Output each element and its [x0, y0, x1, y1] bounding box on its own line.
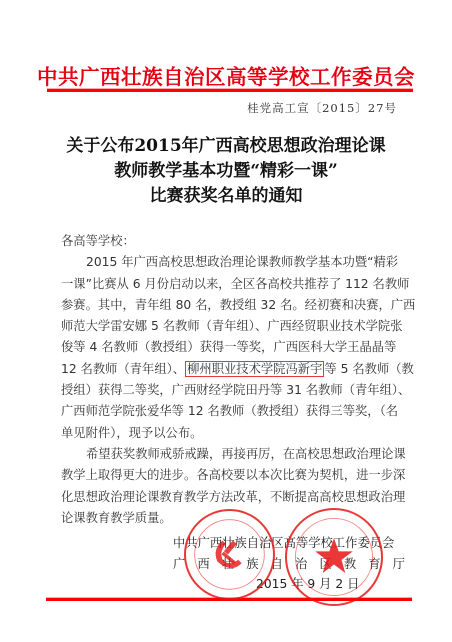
sig-char: 教	[344, 554, 356, 575]
header-red-rule	[47, 89, 413, 92]
body-line-with-highlight: 12 名教师（青年组）、柳州职业技术学院冯新宇等 5 名教师（教	[61, 359, 397, 380]
body-line: 师范大学雷安娜 5 名教师（青年组）、广西经贸职业技术学院张	[61, 316, 397, 337]
body-line: 论课教育教学质量。	[61, 508, 397, 529]
salutation: 各高等学校：	[61, 231, 397, 252]
document-body: 各高等学校： 2015 年广西高校思想政治理论课教师教学基本功暨“精彩 一课”比…	[61, 231, 397, 529]
signature-block: 中共广西壮族自治区高等学校工作委员会 广 西 壮 族 自 治 区 教 育 厅 2…	[168, 533, 408, 595]
title-line: 教师教学基本功暨“精彩一课”	[0, 159, 452, 184]
body-line: 广西师范学院张爱华等 12 名教师（教授组）获得三等奖，（名	[61, 401, 397, 422]
title-line: 关于公布2015年广西高校思想政治理论课	[0, 134, 452, 159]
signature-date: 2015 年 9 月 2 日	[168, 574, 408, 595]
highlighted-winner: 柳州职业技术学院冯新宇	[185, 361, 324, 377]
sig-char: 治	[295, 554, 307, 575]
signature-org-party: 中共广西壮族自治区高等学校工作委员会	[168, 533, 408, 554]
title-line: 比赛获奖名单的通知	[0, 184, 452, 209]
sig-char: 自	[271, 554, 283, 575]
body-text: 12 名教师（青年组）、	[61, 362, 185, 376]
sig-char: 育	[368, 554, 380, 575]
sig-char: 壮	[222, 554, 234, 575]
sig-char: 西	[197, 554, 209, 575]
sig-char: 厅	[393, 554, 405, 575]
issuer-masthead: 中共广西壮族自治区高等学校工作委员会	[0, 60, 452, 90]
document-number: 桂党高工宣〔2015〕27号	[247, 100, 397, 116]
body-line: 一课”比赛从 6 月份启动以来，全区各高校共推荐了 112 名教师	[61, 274, 397, 295]
sig-char: 广	[173, 554, 185, 575]
footer-red-rule	[46, 598, 412, 601]
document-title: 关于公布2015年广西高校思想政治理论课 教师教学基本功暨“精彩一课” 比赛获奖…	[0, 134, 452, 209]
body-line: 化思想政治理论课教育教学方法改革，不断提高高校思想政治理	[61, 487, 397, 508]
body-line: 参赛。其中，青年组 80 名，教授组 32 名。经初赛和决赛，广西	[61, 295, 397, 316]
body-line: 授组）获得二等奖，广西财经学院田丹等 31 名教师（青年组）、	[61, 380, 397, 401]
body-text: 等 5 名教师（教	[324, 362, 413, 376]
sig-char: 族	[246, 554, 258, 575]
sig-char: 区	[319, 554, 331, 575]
body-line: 希望获奖教师戒骄戒躁，再接再厉，在高校思想政治理论课	[61, 444, 397, 465]
body-line: 单见附件），现予以公布。	[61, 423, 397, 444]
body-line: 俊等 4 名教师（教授组）获得一等奖，广西医科大学王晶晶等	[61, 337, 397, 358]
body-line: 教学上取得更大的进步。各高校要以本次比赛为契机，进一步深	[61, 465, 397, 486]
signature-org-education: 广 西 壮 族 自 治 区 教 育 厅	[168, 554, 408, 575]
body-line: 2015 年广西高校思想政治理论课教师教学基本功暨“精彩	[61, 252, 397, 273]
